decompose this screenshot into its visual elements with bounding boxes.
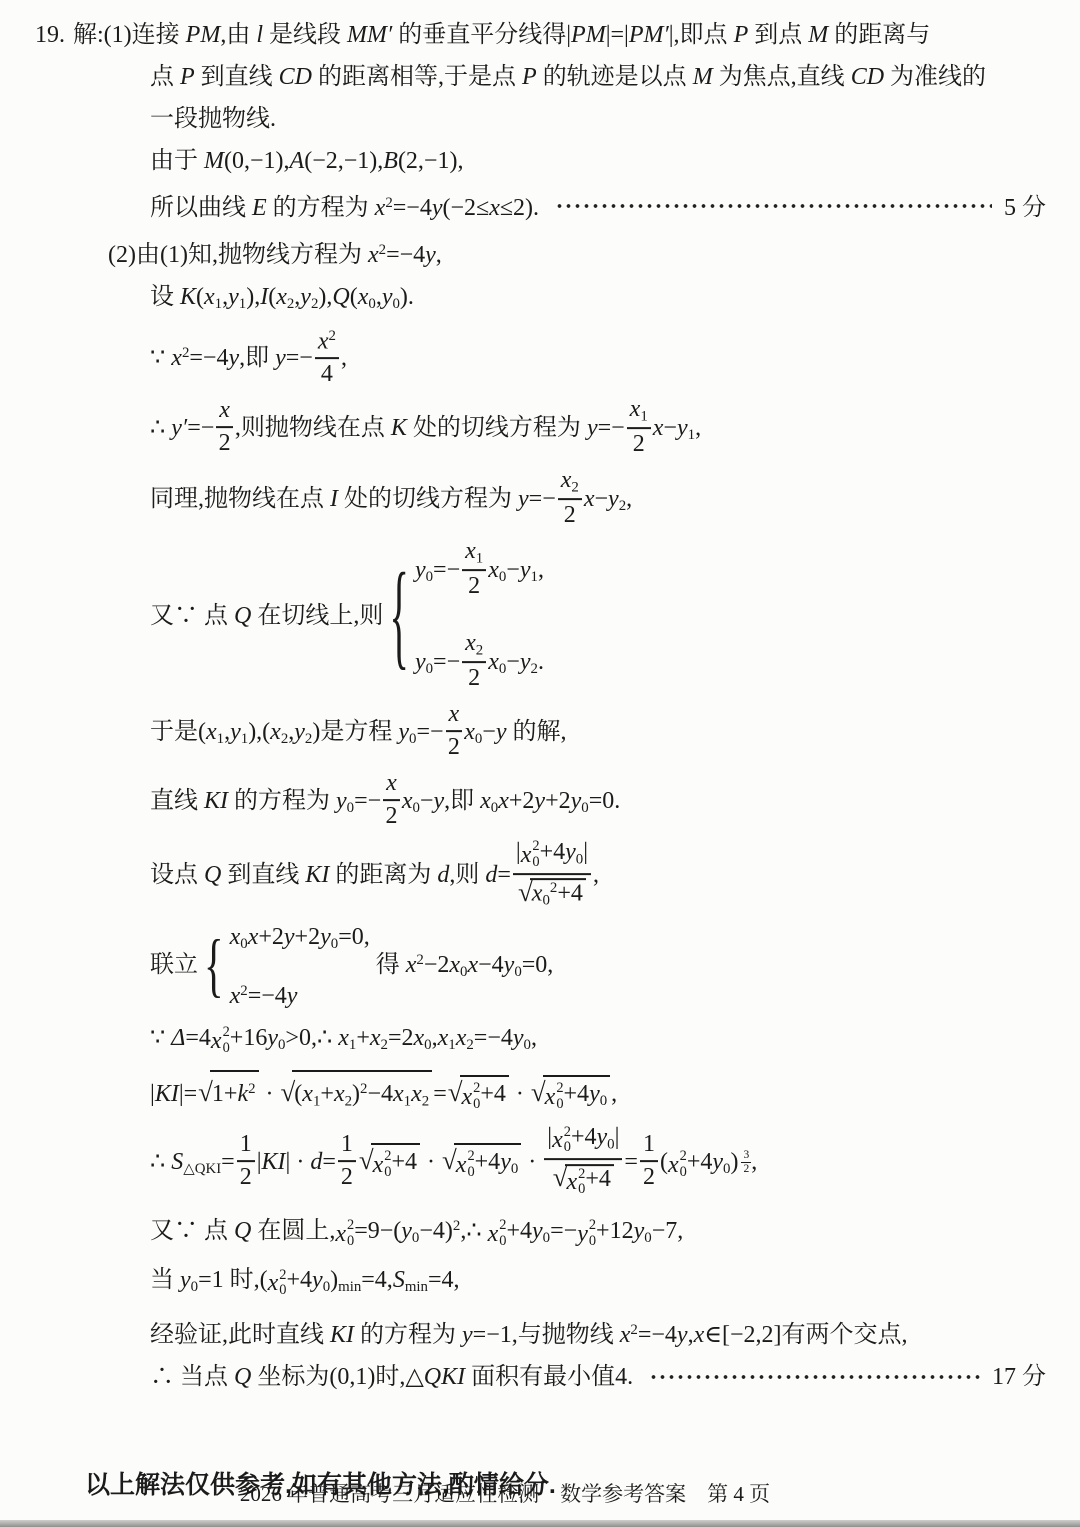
subscript: 1 [215,297,222,313]
scripted-var: x20 [211,1024,230,1058]
text-run: ∵ [150,1025,171,1051]
text-run: +2 [258,924,284,950]
text-run: 1+ [212,1081,238,1107]
text-run: 2 [468,665,480,691]
text-run: ), [246,284,260,310]
solution-line: 点 P 到直线 CD 的距离相等,于是点 P 的轨迹是以点 M 为焦点,直线 C… [150,60,1080,94]
solution-line: 19.解:(1)连接 PM,由 l 是线段 MM′ 的垂直平分线得|PM|=|P… [35,18,1080,52]
text-run: 的距离相等,于是点 [312,64,522,90]
numerator: x1 [462,537,486,571]
text-run: =−4 [638,1322,677,1348]
line-content: 又∵ 点 Q 在切线上,则{y0=−x12x0−y1,y0=−x22x0−y2. [150,603,544,629]
text-run: 2 [448,734,460,760]
text-run: =−4 [393,195,432,221]
text-run: 1 [240,1131,252,1157]
text-run: 4 [321,361,333,387]
fraction: 12 [237,1130,255,1191]
math-var: d [437,862,449,888]
solution-line: ∵ Δ=4x20+16y0>0,∴ x1+x2=2x0,x1x2=−4y0, [150,1021,1080,1062]
solution-line: 所以曲线 E 的方程为 x2=−4y(−2≤x≤2).5 分 [150,186,1046,225]
text-run: |,即点 [669,22,734,48]
line-content: |KI|=√1+k2 · √(x1+x2)2−4x1x2=√x20+4 · √x… [150,1081,617,1107]
text-run: (2)由(1)知,抛物线方程为 [108,242,368,268]
line-content: 联立{x0x+2y+2y0=0,x2=−4y 得 x2−2x0x−4y0=0, [150,952,553,978]
text-run: =− [286,345,313,371]
math-var: x [653,415,664,441]
denominator: 2 [462,571,486,600]
text-run: +4 [391,1149,417,1175]
numerator: 1 [237,1130,255,1162]
subscript: 0 [524,1037,531,1053]
text-run: 又∵ 点 [150,1218,234,1244]
math-var: y [565,839,576,865]
math-var: K [180,284,196,310]
denominator: √x20+4 [544,1160,622,1198]
text-run: =−4 [189,345,228,371]
math-var: y [230,719,241,745]
text-run: 一段抛物线. [150,106,276,132]
line-content: ∵ Δ=4x20+16y0>0,∴ x1+x2=2x0,x1x2=−4y0, [150,1025,537,1051]
text-run: =−4 [248,983,287,1009]
math-var: x [393,1081,404,1107]
text-run: =−4 [474,1025,513,1051]
subscript: 2 [466,1037,473,1053]
left-brace-icon: { [204,931,224,1002]
left-brace-icon: { [389,558,409,676]
text-run: ∵ [150,345,171,371]
math-var: S [171,1149,183,1175]
text-run: 的距离为 [329,862,437,888]
denominator: 2 [216,428,233,457]
line-content: 一段抛物线. [150,106,276,132]
fraction: x22 [558,466,582,529]
math-var: KI [155,1081,179,1107]
math-var: x [620,1322,631,1348]
text-run: 处的切线方程为 [338,486,518,512]
math-var: y [275,345,286,371]
text-run: +4 [564,1081,590,1107]
page-footer: 2026 年普通高考三月适应性检测 数学参考答案 第 4 页 [0,1477,1010,1511]
math-var: x [268,1266,279,1300]
fraction: x2 [383,769,400,830]
subscript: 2 [345,1093,352,1109]
text-run: −4 [478,952,504,978]
text-run: 的方程为 [354,1322,462,1348]
text-run: +4 [506,1218,532,1244]
subscript: min [405,1279,428,1295]
subscript: 0 [644,1230,651,1246]
text-run: 2 [643,1164,655,1190]
math-var: x [584,486,595,512]
fraction: |x20+4y0|√x20+4 [544,1123,622,1198]
scripted-var: x20 [373,1148,392,1182]
scripted-var: x20 [567,1167,586,1198]
math-var: KI [204,788,228,814]
subscript: 1 [217,731,224,747]
radical: √x20+4y0 [442,1143,521,1186]
numerator: x1 [627,396,651,430]
text-run: +4 [286,1267,312,1293]
solution-line: ∴ y′=−x2,则抛物线在点 K 处的切线方程为 y=−x12x−y1, [150,398,1080,461]
text-run: , [695,415,701,441]
math-var: y [677,415,688,441]
scripted-var: x20 [521,840,540,871]
solution-line: 由于 M(0,−1),A(−2,−1),B(2,−1), [150,144,1080,178]
subscript: 0 [680,1165,687,1181]
text-run: =− [529,486,556,512]
text-run: =−1,与抛物线 [473,1322,620,1348]
text-run: · [522,1149,542,1175]
text-run: − [594,486,608,512]
equation-system: {y0=−x12x0−y1,y0=−x22x0−y2. [389,540,544,695]
superscript: 2 [467,1149,474,1165]
text-run: ≤2). [500,195,539,221]
text-run: =− [598,415,625,441]
math-var: y [520,649,531,675]
solution-line: ∴ 当点 Q 坐标为(0,1)时,△QKI 面积有最小值4.17 分 [150,1360,1046,1394]
radical: √1+k2 [198,1070,258,1111]
math-var: KI [262,1149,286,1175]
math-var: P [522,64,537,90]
math-var: x [230,983,241,1009]
math-var: y [589,1081,600,1107]
math-var: x [402,788,413,814]
line-content: 又∵ 点 Q 在圆上,x20=9−(y0−4)2,∴ x20+4y0=−y20+… [150,1218,683,1244]
text-run: >0,∴ [285,1025,338,1051]
math-var: K [391,415,407,441]
text-run: · [260,1081,280,1107]
text-run: (−2≤ [443,195,490,221]
denominator: 2 [338,1162,356,1191]
subscript: 0 [412,800,419,816]
subscript: 0 [600,1093,607,1109]
fraction: x22 [462,630,486,693]
text-run: 到点 [748,22,808,48]
text-run: 是线段 [263,22,347,48]
line-content: 解:(1)连接 PM,由 l 是线段 MM′ 的垂直平分线得|PM|=|PM′|… [73,22,930,48]
math-var: y [180,1267,191,1293]
text-run: +4 [480,1081,506,1107]
text-run: =− [433,557,460,583]
text-run: − [663,415,677,441]
radicand: x20+4y0 [543,1075,611,1118]
math-var: B [383,148,398,174]
text-run: 设 [150,284,180,310]
text-run: 的解, [506,719,566,745]
text-run: 为焦点,直线 [713,64,851,90]
stacked-scripts: 20 [564,1125,571,1156]
stacked-scripts: 20 [578,1167,585,1198]
math-var: y [518,486,529,512]
math-var: KI [305,862,329,888]
scripted-var: y20 [577,1217,596,1251]
text-run: ∴ 当点 [150,1364,234,1390]
text-run: 的垂直平分线得| [392,22,571,48]
math-var: x [219,398,230,424]
subscript: 2 [422,1093,429,1109]
math-var: P [734,22,749,48]
math-var: y [433,788,444,814]
text-run: 2 [633,431,645,457]
math-var: y [284,924,295,950]
subscript: 1 [448,1037,455,1053]
text-run: 2 [240,1164,252,1190]
math-var: x [498,788,509,814]
math-var: x [521,842,532,869]
text-run: +4 [475,1149,501,1175]
text-run: 2 [564,502,576,528]
text-run: 同理,抛物线在点 [150,486,330,512]
superscript: 2 [329,328,336,344]
text-run: =1 时,( [198,1267,268,1293]
radicand: 1+k2 [210,1070,259,1111]
math-var: E [252,195,267,221]
math-var: y [608,486,619,512]
subscript: min [338,1279,361,1295]
subscript: 0 [578,1182,585,1198]
math-var: x [532,881,543,907]
math-var: MM′ [347,22,392,48]
numerator: x [383,769,400,801]
text-run: +4 [585,1166,611,1192]
text-run: ,即 [239,345,275,371]
math-var: Q [332,284,349,310]
scripted-var: x20 [545,1080,564,1114]
math-var: x [489,195,500,221]
dotted-leader [649,1374,980,1380]
text-run: 解:(1)连接 [73,22,186,48]
line-content: 设点 Q 到直线 KI 的距离为 d,则 d=|x20+4y0|√x02+4, [150,862,599,888]
numerator: x [446,700,463,732]
denominator: √x02+4 [513,875,591,910]
scripted-var: x20 [488,1217,507,1251]
math-var: y [577,1217,588,1251]
subscript: 0 [581,800,588,816]
subscript: 0 [514,964,521,980]
line-content: 点 P 到直线 CD 的距离相等,于是点 P 的轨迹是以点 M 为焦点,直线 C… [150,64,986,90]
text-run: 1 [341,1131,353,1157]
math-var: y [532,1218,543,1244]
subscript: 0 [392,297,399,313]
text-run: =− [433,649,460,675]
subscript: 0 [511,1161,518,1177]
math-var: x [414,1025,425,1051]
text-run: 的轨迹是以点 [537,64,693,90]
math-var: x [449,952,460,978]
text-run: 的距离与 [828,22,930,48]
line-content: ∴ S△QKI=12|KI| · d=12√x20+4 · √x20+4y0 ·… [150,1149,757,1175]
math-var: x [480,788,491,814]
text-run: 的方程为 [267,195,375,221]
subscript: 0 [426,662,433,678]
text-run: , [751,1149,757,1175]
denominator: 2 [462,663,486,692]
math-var: x [561,467,572,493]
text-run: ∴ [150,1149,171,1175]
text-run: +4 [557,881,583,907]
math-var: y [382,284,393,310]
solution-line: 同理,抛物线在点 I 处的切线方程为 y=−x22x−y2, [150,469,1080,532]
text-run: 联立 [150,952,198,978]
text-run: |= [179,1081,197,1107]
solution-line: 设 K(x1,y1),I(x2,y2),Q(x0,y0). [150,280,1080,321]
radicand: (x1+x2)2−4x1x2 [292,1070,432,1118]
math-var: x [630,397,641,423]
math-var: y [500,1149,511,1175]
equation-row: y0=−x12x0−y1, [415,540,544,603]
math-var: x [456,1148,467,1182]
line-content: 于是(x1,y1),(x2,y2)是方程 y0=−x2x0−y 的解, [150,719,566,745]
denominator: 4 [315,359,339,388]
denominator: 2 [446,732,463,761]
fraction: x2 [216,397,233,458]
text-run: − [482,719,496,745]
math-var: A [290,148,305,174]
text-run: (2,−1), [398,148,464,174]
fraction: x12 [627,396,651,459]
subscript: 0 [347,800,354,816]
math-var: x [373,1148,384,1182]
math-var: y [634,1218,645,1244]
subscript: 0 [424,1037,431,1053]
line-content: 直线 KI 的方程为 y0=−x2x0−y,即 x0x+2y+2y0=0. [150,788,620,814]
math-var: x [302,1081,313,1107]
text-run: 设点 [150,862,204,888]
math-var: KI [330,1322,354,1348]
text-run: ) [730,1149,738,1175]
line-content: 经验证,此时直线 KI 的方程为 y=−1,与抛物线 x2=−4y,x∈[−2,… [150,1322,908,1348]
text-run: =4 [185,1025,211,1051]
subscript: 0 [556,1097,563,1113]
numerator: |x20+4y0| [513,838,591,875]
text-run: (−2,−1), [304,148,383,174]
text-run: ). [400,284,414,310]
text-run: −4 [367,1081,393,1107]
text-run: =4, [361,1267,393,1293]
math-var: x [411,1081,422,1107]
text-run: | [583,839,588,865]
text-run: , [341,345,347,371]
text-run: −4) [419,1218,453,1244]
line-content: 设 K(x1,y1),I(x2,y2),Q(x0,y0). [150,284,414,310]
radicand: x02+4 [530,878,586,909]
math-var: S [393,1267,405,1293]
math-var: y [496,719,507,745]
superscript: 2 [680,1149,687,1165]
numerator: x2 [462,630,486,664]
subscript: 1 [404,1093,411,1109]
line-content: ∴ 当点 Q 坐标为(0,1)时,△QKI 面积有最小值4. [150,1360,633,1394]
text-run: 到直线 [221,862,305,888]
numerator: 1 [338,1130,356,1162]
math-var: Q [204,862,221,888]
text-run: · [421,1149,441,1175]
math-var: P [180,64,195,90]
math-var: y [228,284,239,310]
math-var: y [571,788,582,814]
answer-page: 19.解:(1)连接 PM,由 l 是线段 MM′ 的垂直平分线得|PM|=|P… [0,0,1080,1527]
text-run: 直线 [150,788,204,814]
solution-line: ∵ x2=−4y,即 y=−x24, [150,330,1080,391]
text-run: 到直线 [195,64,279,90]
text-run: =2 [388,1025,414,1051]
subscript: 0 [426,569,433,585]
denominator: 2 [627,429,651,458]
text-run: ( [196,284,204,310]
math-var: y [712,1149,723,1175]
math-var: y [398,719,409,745]
text-run: =0, [522,952,554,978]
line-content: 由于 M(0,−1),A(−2,−1),B(2,−1), [150,148,463,174]
math-var: d [310,1149,322,1175]
superscript: 2 [248,1081,255,1097]
fraction: 12 [640,1130,658,1191]
subscript: 1 [531,569,538,585]
text-run: ) [352,1081,360,1107]
scripted-var: x20 [462,1080,481,1114]
subscript: 1 [688,427,695,443]
text-run: 又∵ 点 [150,603,234,629]
text-run: 1 [643,1131,655,1157]
text-run: | · [286,1149,311,1175]
superscript: 2 [379,242,386,258]
text-run: +4 [571,1124,597,1150]
subscript: 2 [571,479,578,495]
numerator: x2 [315,327,339,359]
subscript: 0 [368,297,375,313]
text-run: ) [330,1267,338,1293]
text-run: − [420,788,434,814]
denominator: 2 [383,801,400,830]
math-var: y [287,983,298,1009]
score-label: 17 分 [992,1360,1046,1394]
line-content: 同理,抛物线在点 I 处的切线方程为 y=−x22x−y2, [150,486,632,512]
solution-line: 联立{x0x+2y+2y0=0,x2=−4y 得 x2−2x0x−4y0=0, [150,920,1080,1012]
math-var: x [545,1080,556,1114]
text-run: , [593,862,599,888]
text-run: 为准线的 [884,64,986,90]
text-run: −7, [652,1218,684,1244]
subscript: 0 [240,937,247,953]
solution-line: 经验证,此时直线 KI 的方程为 y=−1,与抛物线 x2=−4y,x∈[−2,… [150,1312,1080,1351]
math-var: y [597,1124,608,1150]
math-var: y [534,788,545,814]
text-run: 于是( [150,719,206,745]
text-run: + [320,1081,334,1107]
text-run: =− [416,719,443,745]
text-run: = [433,1081,447,1107]
text-run: +2 [295,924,321,950]
equation-rows: y0=−x12x0−y1,y0=−x22x0−y2. [415,540,544,695]
solution-line: (2)由(1)知,抛物线方程为 x2=−4y, [108,233,1080,272]
text-run: ,则 [449,862,485,888]
math-var: y [415,557,426,583]
math-var: PM [571,22,606,48]
subscript: 0 [191,1279,198,1295]
text-run: | [615,1124,620,1150]
math-var: x [318,328,329,354]
text-run: = [497,862,511,888]
text-run: − [506,557,520,583]
solution-line: 于是(x1,y1),(x2,y2)是方程 y0=−x2x0−y 的解, [150,703,1080,764]
text-run: 点 [150,64,180,90]
math-var: y [300,284,311,310]
math-var: x [406,952,417,978]
math-var: y [587,415,598,441]
math-var: x [358,284,369,310]
subscript: 0 [467,1165,474,1181]
math-var: x [368,242,379,268]
